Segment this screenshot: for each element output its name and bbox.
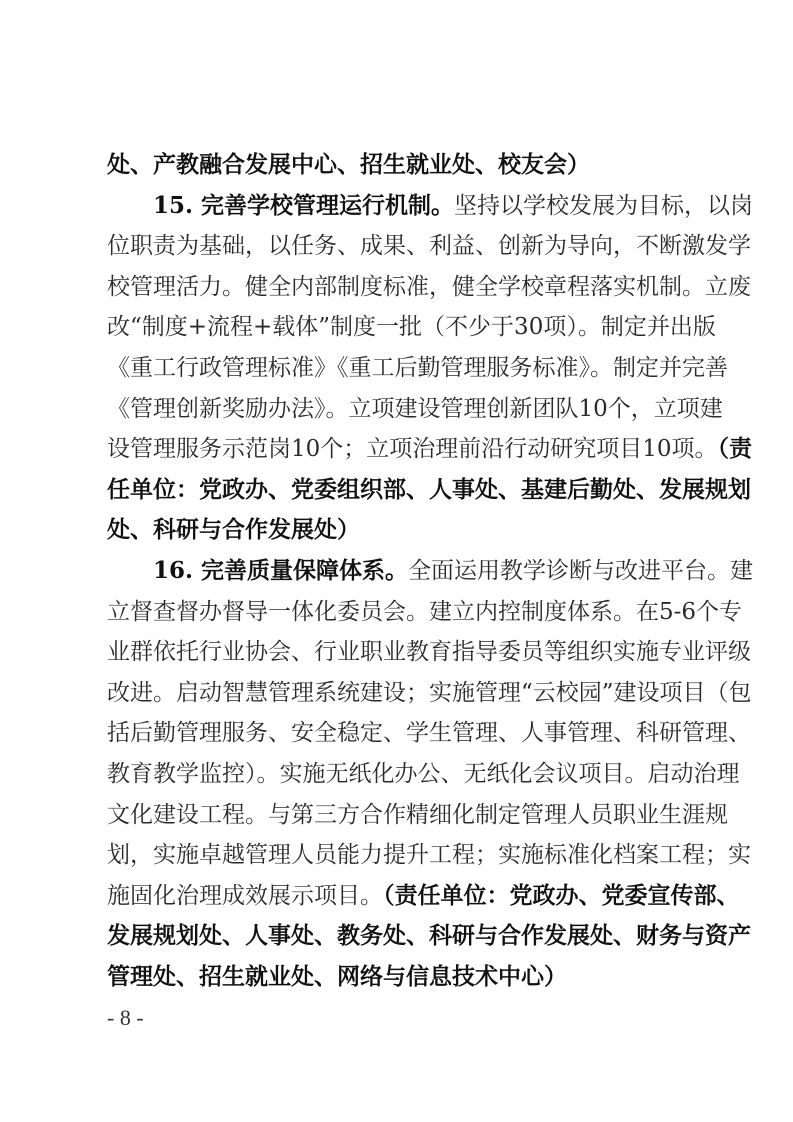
body-text: 括后勤管理服务、安全稳定、学生管理、人事管理、科研管理、 [107,720,751,746]
text-line: 划，实施卓越管理人员能力提升工程；实施标准化档案工程；实 [107,840,697,870]
text-line: 发展规划处、人事处、教务处、科研与合作发展处、财务与资产 [107,921,697,951]
text-line: 括后勤管理服务、安全稳定、学生管理、人事管理、科研管理、 [107,718,697,748]
text-line: 《管理创新奖励办法》。立项建设管理创新团队10个，立项建 [107,394,697,424]
body-text: 全面运用教学诊断与改进平台。建 [408,558,753,584]
text-line: 任单位：党政办、党委组织部、人事处、基建后勤处、发展规划 [107,475,697,505]
body-text: 业群依托行业协会、行业职业教育指导委员等组织实施专业评级 [107,639,751,665]
bold-text: 处、科研与合作发展处） [107,516,360,543]
body-text: 教育教学监控）。实施无纸化办公、无纸化会议项目。启动治理 [107,761,740,787]
bold-text: 管理处、招生就业处、网络与信息技术中心） [107,963,567,990]
body-text: 《重工行政管理标准》《重工后勤管理服务标准》。制定并完善 [107,355,728,381]
text-line: 位职责为基础，以任务、成果、利益、创新为导向，不断激发学 [107,231,697,261]
text-line: 16. 完善质量保障体系。全面运用教学诊断与改进平台。建 [107,556,697,586]
body-text: 《管理创新奖励办法》。立项建设管理创新团队10个，立项建 [107,396,723,422]
text-line: 改“制度+流程+载体”制度一批（不少于30项）。制定并出版 [107,312,697,342]
document-page: 处、产教融合发展中心、招生就业处、校友会） 15. 完善学校管理运行机制。坚持以… [0,0,793,1122]
body-text: 位职责为基础，以任务、成果、利益、创新为导向，不断激发学 [107,233,751,259]
body-text: 设管理服务示范岗10个；立项治理前沿行动研究项目10项。 [107,436,718,462]
body-text: 校管理活力。健全内部制度标准，健全学校章程落实机制。立废 [107,274,751,300]
text-line: 处、科研与合作发展处） [107,515,697,545]
body-text: 施固化治理成效展示项目。 [107,883,383,909]
text-line: 教育教学监控）。实施无纸化办公、无纸化会议项目。启动治理 [107,759,697,789]
bold-text: 16. 完善质量保障体系。 [107,557,408,584]
text-line: 施固化治理成效展示项目。（责任单位：党政办、党委宣传部、 [107,881,697,911]
text-line: 《重工行政管理标准》《重工后勤管理服务标准》。制定并完善 [107,353,697,383]
text-line: 处、产教融合发展中心、招生就业处、校友会） [107,150,697,180]
text-line: 校管理活力。健全内部制度标准，健全学校章程落实机制。立废 [107,272,697,302]
text-line: 改进。启动智慧管理系统建设；实施管理“云校园”建设项目（包 [107,678,697,708]
body-text: 立督查督办督导一体化委员会。建立内控制度体系。在5-6个专 [107,599,742,625]
text-line: 管理处、招生就业处、网络与信息技术中心） [107,962,697,992]
bold-text: 发展规划处、人事处、教务处、科研与合作发展处、财务与资产 [107,922,751,949]
body-text: 文化建设工程。与第三方合作精细化制定管理人员职业生涯规 [107,802,728,828]
page-number: - 8 - [107,1005,144,1031]
text-line: 文化建设工程。与第三方合作精细化制定管理人员职业生涯规 [107,800,697,830]
body-text: 划，实施卓越管理人员能力提升工程；实施标准化档案工程；实 [107,842,751,868]
body-text: 坚持以学校发展为目标，以岗 [454,193,753,219]
bold-text: 处、产教融合发展中心、招生就业处、校友会） [107,151,590,178]
bold-text: 15. 完善学校管理运行机制。 [107,192,454,219]
body-text: 改“制度+流程+载体”制度一批（不少于30项）。制定并出版 [107,314,716,340]
text-line: 15. 完善学校管理运行机制。坚持以学校发展为目标，以岗 [107,191,697,221]
text-line: 立督查督办督导一体化委员会。建立内控制度体系。在5-6个专 [107,597,697,627]
text-line: 业群依托行业协会、行业职业教育指导委员等组织实施专业评级 [107,637,697,667]
bold-text: 任单位：党政办、党委组织部、人事处、基建后勤处、发展规划 [107,476,751,503]
bold-text: （责 [718,435,753,462]
text-line: 设管理服务示范岗10个；立项治理前沿行动研究项目10项。（责 [107,434,697,464]
bold-text: （责任单位：党政办、党委宣传部、 [383,882,740,909]
body-text: 改进。启动智慧管理系统建设；实施管理“云校园”建设项目（包 [107,680,752,706]
